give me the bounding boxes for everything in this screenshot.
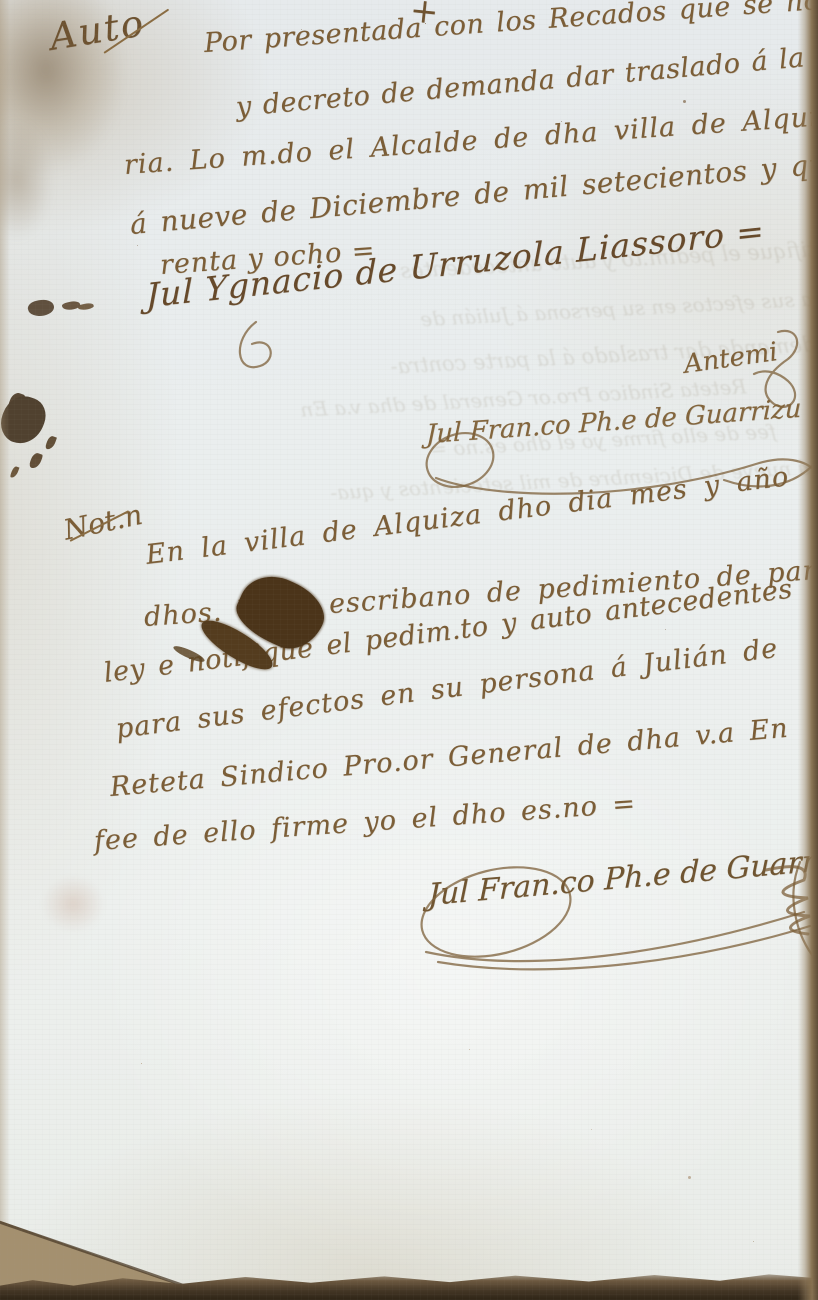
- bleed-through-text: para sus efectos en su persona á Julián …: [420, 285, 818, 331]
- signature-descender-loop: [236, 320, 306, 390]
- manuscript-page: ley e notifique el pedim.to y auto antec…: [0, 0, 818, 1300]
- page-left-edge: [0, 0, 10, 1300]
- page-right-edge-shadow: [792, 0, 818, 90]
- manuscript-line: fee de ello firme yo el dho es.no =: [93, 788, 637, 857]
- page-right-edge: [798, 0, 818, 1300]
- signature-final-rubric: [408, 856, 818, 976]
- ink-spot-small: [27, 297, 56, 318]
- faint-stain: [42, 876, 104, 932]
